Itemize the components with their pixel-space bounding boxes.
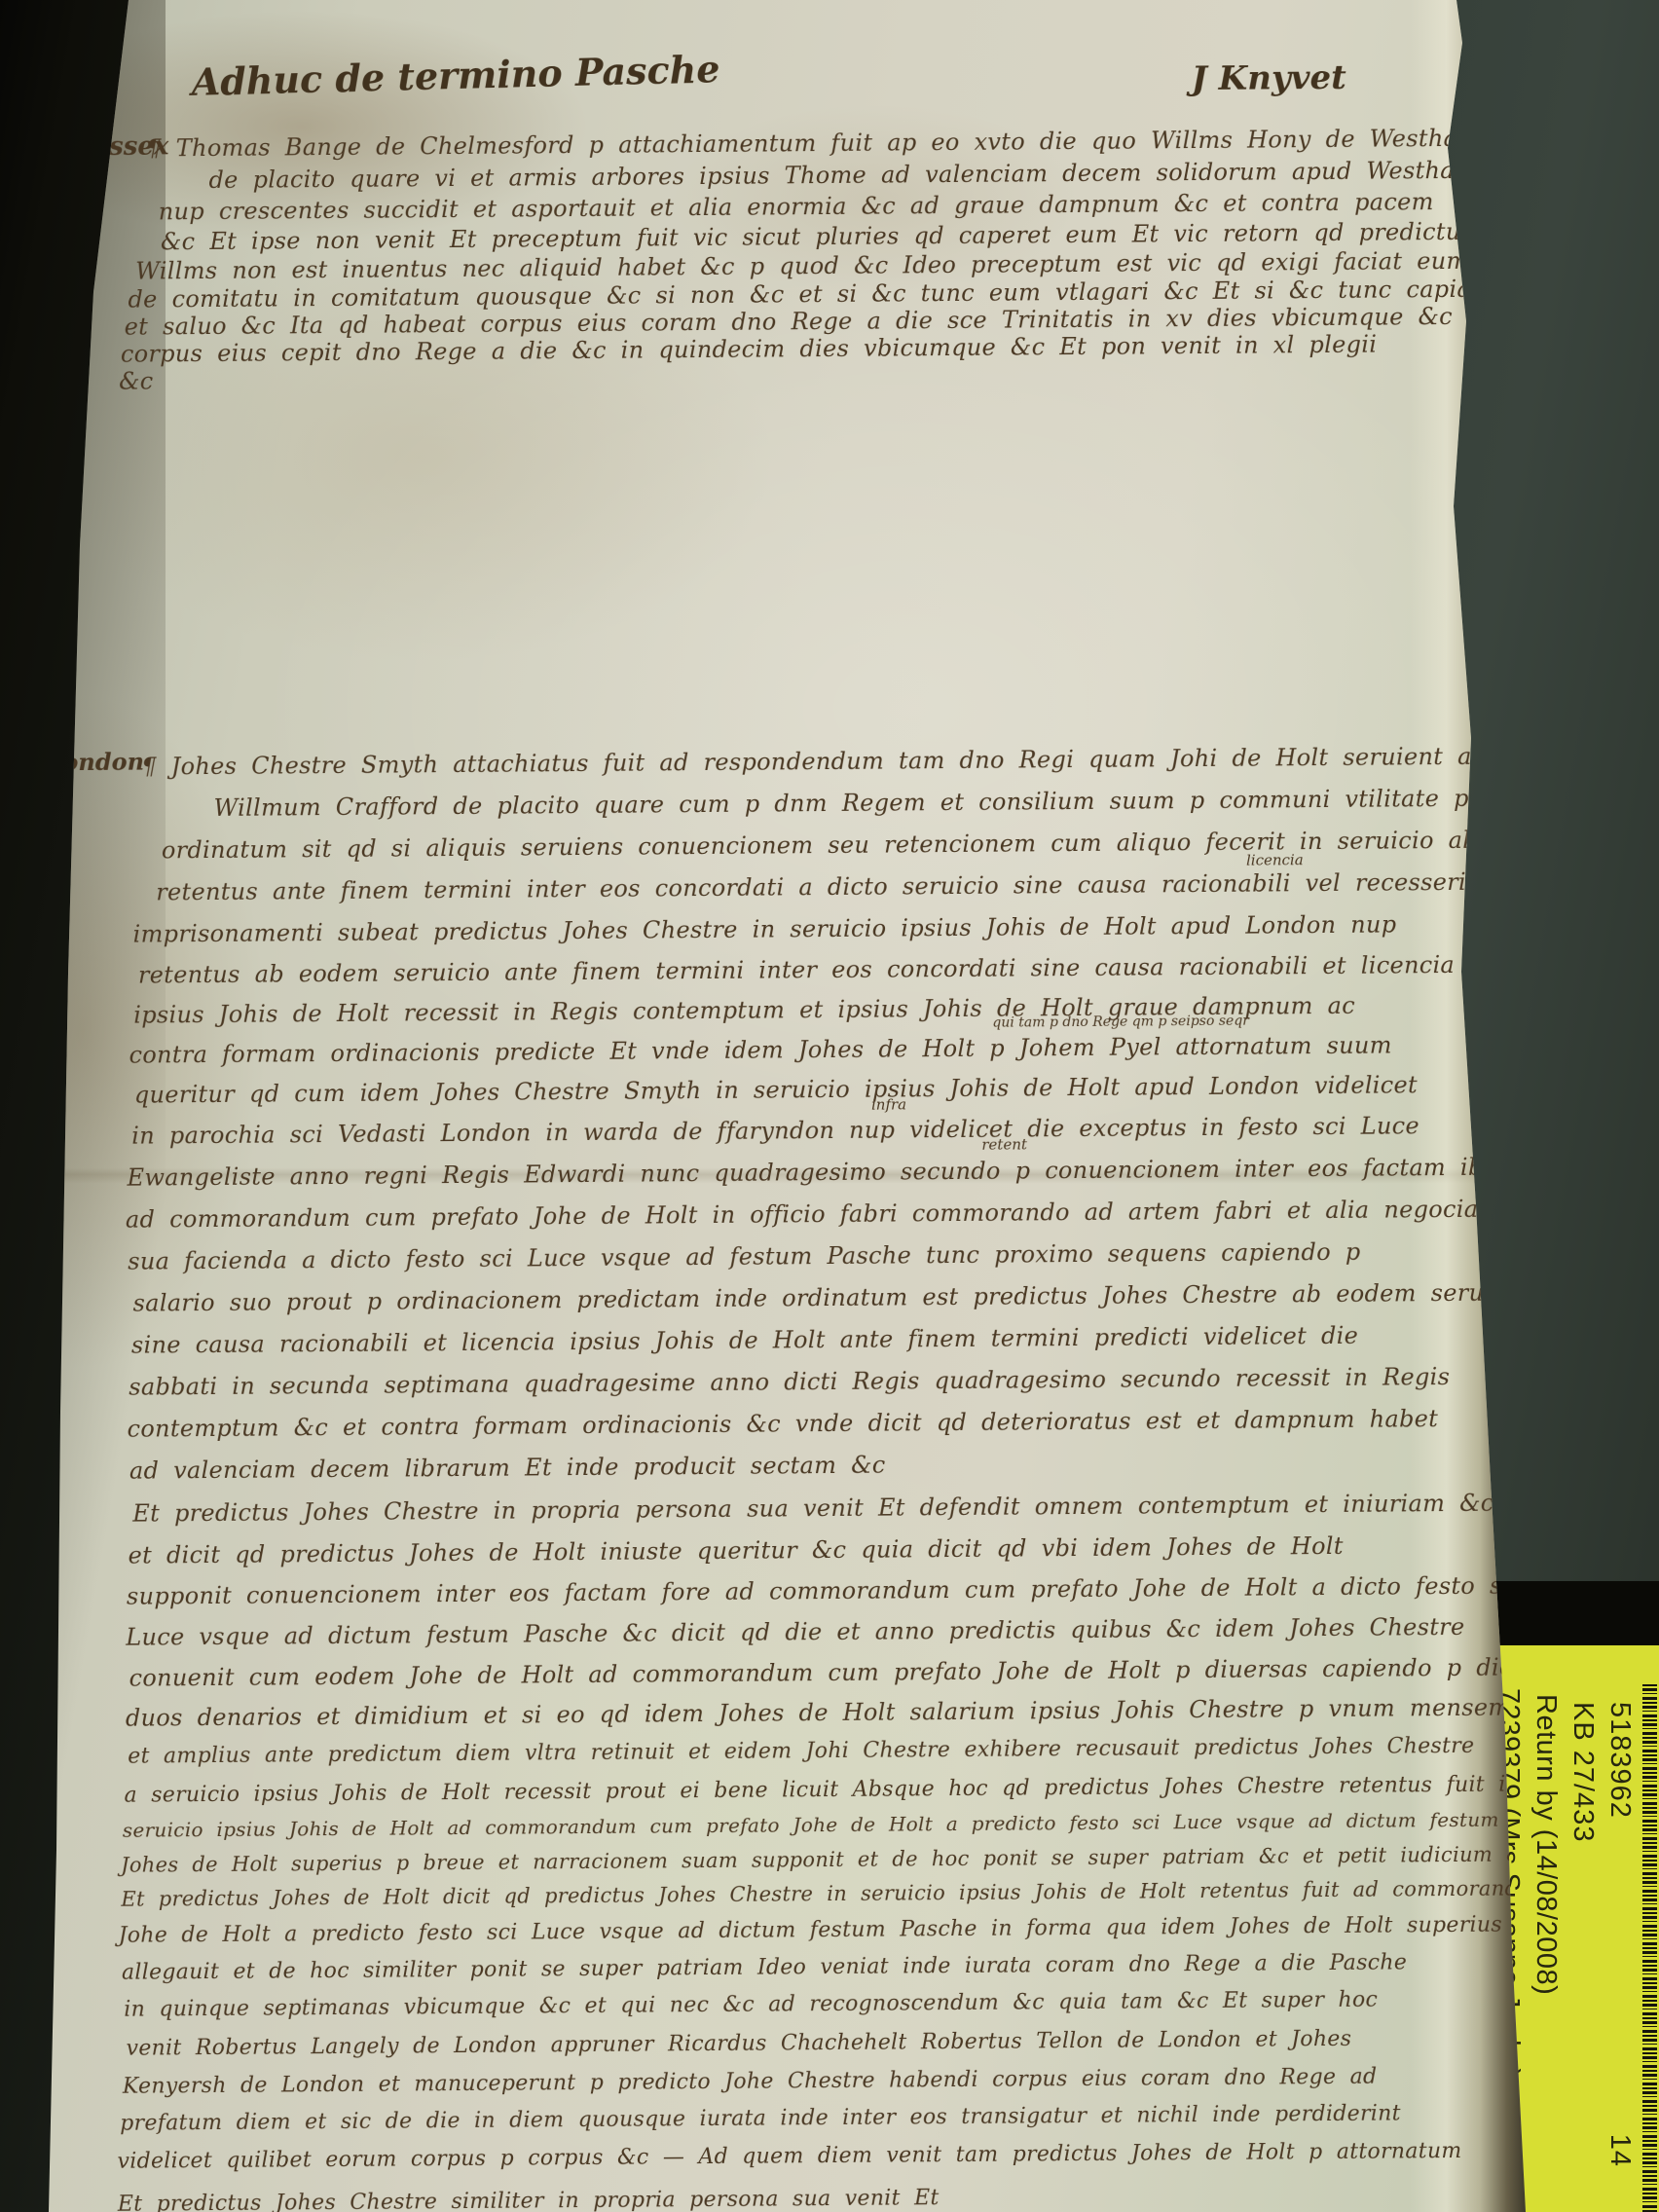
script-line: supponit conuencionem inter eos factam f… [127,1571,1524,1609]
script-line: ¶ Thomas Bange de Chelmesford p attachia… [146,124,1517,162]
barcode-icon [1642,1684,1657,2212]
script-line: Johes de Holt superius p breue et narrac… [121,1842,1536,1876]
script-line: ¶ Johes Chestre Smyth attachiatus fuit a… [141,743,1487,781]
script-line: salario suo prout p ordinacionem predict… [132,1278,1527,1316]
parchment-membrane: Adhuc de termino Pasche J Knyvet Essex¶ … [0,0,1659,2212]
term-heading: Adhuc de termino Pasche [191,47,720,104]
script-line: contra formam ordinacionis predicte Et v… [129,1031,1391,1068]
script-line: Kenyersh de London et manuceperunt p pre… [123,2065,1378,2099]
script-line: ad commorandum cum prefato Johe de Holt … [126,1196,1479,1234]
justice-signature: J Knyvet [1192,58,1346,98]
script-line: in parochia sci Vedasti London in warda … [131,1112,1419,1149]
script-line: et amplius ante predictum diem vltra ret… [128,1734,1474,1769]
script-line: a seruicio ipsius Johis de Holt recessit… [124,1772,1520,1807]
script-line: Et predictus Johes Chestre in propria pe… [132,1490,1493,1528]
script-line: contemptum &c et contra formam ordinacio… [127,1405,1438,1443]
script-line: venit Robertus Langely de London apprune… [126,2027,1351,2061]
script-line: Ewangeliste anno regni Regis Edwardi nun… [127,1153,1542,1191]
script-line: ordinatum sit qd si aliquis seruiens con… [162,826,1542,864]
label-corner-number: 14 [1604,2134,1636,2167]
script-line: ad valenciam decem librarum Et inde prod… [129,1452,886,1485]
script-line: imprisonamenti subeat predictus Johes Ch… [132,910,1396,947]
script-line: queritur qd cum idem Johes Chestre Smyth… [134,1071,1418,1108]
interlinear-insertion: infra [871,1095,906,1113]
label-catalogue-reference: KB 27/433 [1567,1702,1599,1842]
script-line: &c [119,367,154,394]
script-line: Et predictus Johes de Holt dicit qd pred… [121,1875,1659,1911]
script-line: sabbati in secunda septimana quadragesim… [129,1363,1450,1401]
script-line: videlicet quilibet eorum corpus p corpus… [117,2139,1461,2174]
script-line: Luce vsque ad dictum festum Pasche &c di… [126,1613,1464,1651]
script-line: allegauit et de hoc similiter ponit se s… [122,1950,1407,1984]
script-line: retentus ab eodem seruicio ante finem te… [138,951,1455,989]
margin-heading: london [54,748,144,777]
script-line: in quinque septimanas vbicumque &c et qu… [124,1988,1378,2022]
interlinear-insertion: licencia [1246,851,1304,868]
script-line: sine causa racionabili et licencia ipsiu… [131,1322,1358,1359]
script-line: sua facienda a dicto festo sci Luce vsqu… [128,1238,1360,1275]
script-line: Willmum Crafford de placito quare cum p … [213,784,1579,822]
script-line: retentus ante finem termini inter eos co… [156,867,1549,905]
script-line: prefatum diem et sic de die in diem quou… [120,2101,1401,2135]
script-line: conuenit cum eodem Johe de Holt ad commo… [129,1653,1535,1691]
label-accession-number: 5183962 [1604,1702,1636,1819]
script-line: seruicio ipsius Johis de Holt ad commora… [123,1806,1659,1842]
script-line: et dicit qd predictus Johes de Holt iniu… [128,1532,1343,1569]
label-return-by-date: Return by (14/08/2008) [1530,1694,1562,1995]
script-line: Et predictus Johes Chestre similiter in … [118,2186,940,2212]
script-line: duos denarios et dimidium et si eo qd id… [126,1694,1511,1732]
photograph-of-plea-roll: { "colors":{"background_dark":"#1c211b",… [0,0,1659,2212]
interlinear-insertion: qui tam p dno Rege qm p seipso seqr [992,1014,1249,1031]
script-line: Johe de Holt a predicto festo sci Luce v… [119,1913,1502,1948]
interlinear-insertion: retent [981,1135,1027,1153]
manuscript-text-layer: Adhuc de termino Pasche J Knyvet Essex¶ … [0,0,1659,2212]
